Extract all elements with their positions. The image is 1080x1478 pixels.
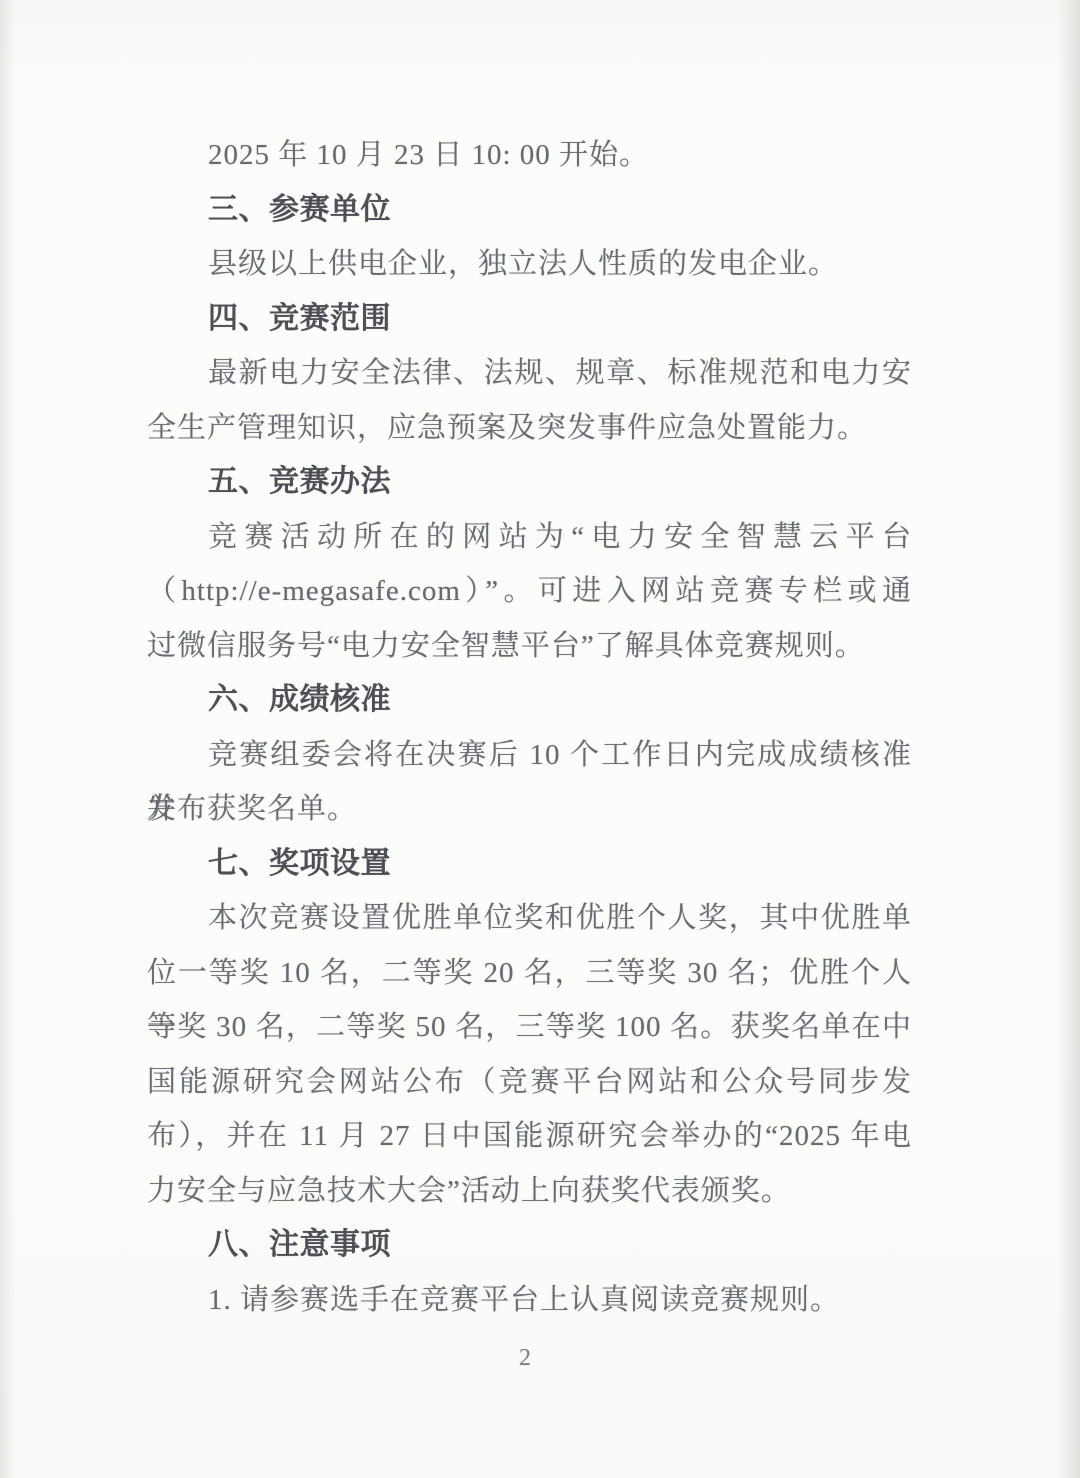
page-number: 2 [0,1345,1065,1372]
paragraph-line: 过微信服务号“电力安全智慧平台”了解具体竞赛规则。 [147,619,912,674]
paragraph-line: 全生产管理知识，应急预案及突发事件应急处置能力。 [147,401,912,456]
section-heading: 五、竞赛办法 [147,455,912,510]
paragraph-line: 国能源研究会网站公布（竞赛平台网站和公众号同步发 [147,1055,912,1110]
paragraph-line: 县级以上供电企业，独立法人性质的发电企业。 [147,237,912,292]
paragraph-line: 2025 年 10 月 23 日 10: 00 开始。 [147,128,912,183]
paragraph-line: 竞赛组委会将在决赛后 10 个工作日内完成成绩核准并 [147,728,912,783]
paragraph-line: 位一等奖 10 名，二等奖 20 名，三等奖 30 名；优胜个人一 [147,946,912,1001]
section-heading: 六、成绩核准 [147,673,912,728]
paragraph-line: 本次竞赛设置优胜单位奖和优胜个人奖，其中优胜单 [147,891,912,946]
section-heading: 四、竞赛范围 [147,292,912,347]
paragraph-line: 发布获奖名单。 [147,782,912,837]
paragraph-line: 布），并在 11 月 27 日中国能源研究会举办的“2025 年电 [147,1109,912,1164]
section-heading: 三、参赛单位 [147,183,912,238]
paragraph-line: 力安全与应急技术大会”活动上向获奖代表颁奖。 [147,1164,912,1219]
document-page: 2025 年 10 月 23 日 10: 00 开始。 三、参赛单位 县级以上供… [0,0,1080,1478]
paragraph-line: （http://e-megasafe.com）”。可进入网站竞赛专栏或通 [147,564,912,619]
section-heading: 八、注意事项 [147,1218,912,1273]
paragraph-line: 1. 请参赛选手在竞赛平台上认真阅读竞赛规则。 [147,1273,912,1328]
document-body: 2025 年 10 月 23 日 10: 00 开始。 三、参赛单位 县级以上供… [147,128,912,1327]
section-heading: 七、奖项设置 [147,837,912,892]
paragraph-line: 等奖 30 名，二等奖 50 名，三等奖 100 名。获奖名单在中 [147,1000,912,1055]
paragraph-line: 竞赛活动所在的网站为“电力安全智慧云平台 [147,510,912,565]
paragraph-line: 最新电力安全法律、法规、规章、标准规范和电力安 [147,346,912,401]
